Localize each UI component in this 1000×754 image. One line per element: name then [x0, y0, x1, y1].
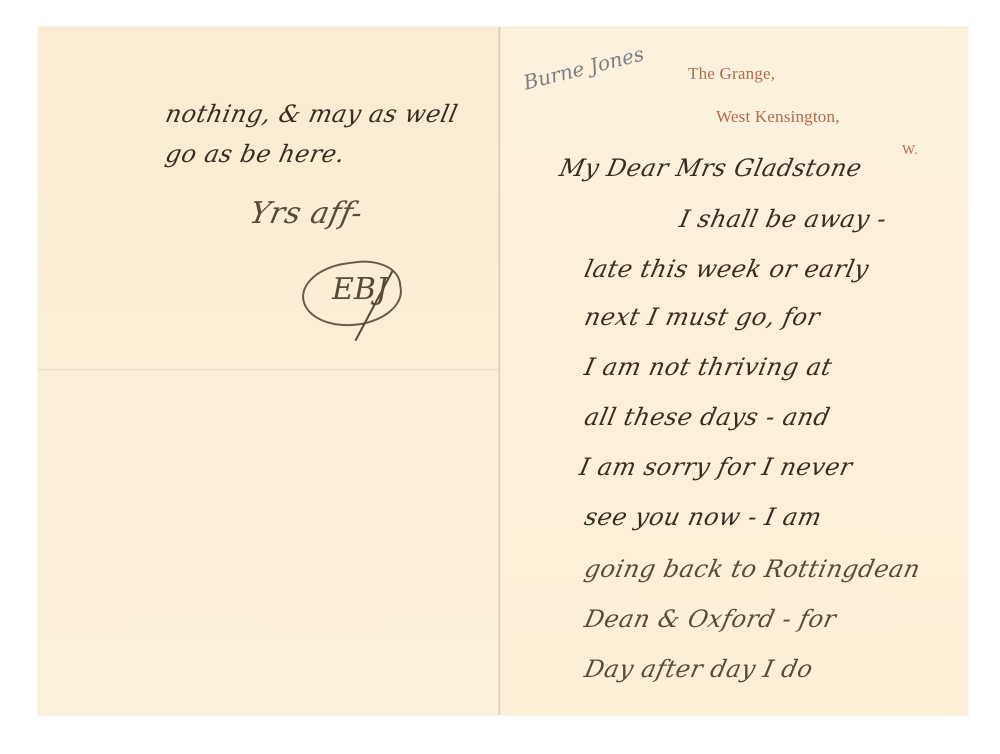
right-line-7: see you now - I am [582, 503, 824, 531]
right-line-8: going back to Rottingdean [582, 555, 923, 583]
right-line-6: I am sorry for I never [577, 453, 855, 481]
vertical-fold-line [498, 27, 501, 715]
left-line-1: nothing, & may as well [163, 100, 460, 128]
right-line-5: all these days - and [582, 403, 833, 431]
closing: Yrs aff- [246, 196, 366, 231]
letterhead-line-3: W. [902, 143, 918, 159]
left-line-2: go as be here. [163, 140, 348, 168]
right-line-4: I am not thriving at [582, 353, 835, 381]
right-line-2: late this week or early [582, 255, 872, 283]
right-line-3: next I must go, for [582, 303, 823, 331]
horizontal-fold-line [38, 369, 500, 371]
letterhead-line-1: The Grange, [688, 64, 775, 84]
signature-initials: EBJ [332, 272, 388, 307]
right-line-9: Dean & Oxford - for [582, 605, 839, 633]
left-page [38, 27, 500, 715]
letterhead-line-2: West Kensington, [716, 107, 840, 127]
right-line-1: I shall be away - [677, 205, 889, 233]
salutation: My Dear Mrs Gladstone [557, 154, 865, 182]
right-line-10: Day after day I do [582, 655, 816, 683]
